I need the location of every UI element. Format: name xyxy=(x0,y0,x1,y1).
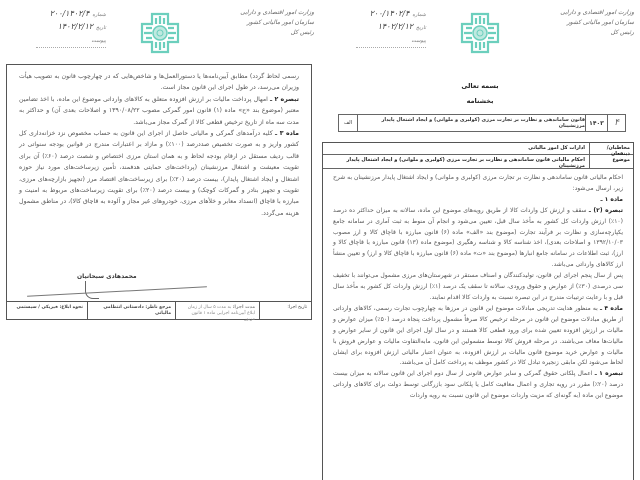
signature-block: محمدهادی سبحانیان xyxy=(27,273,207,303)
validity-cell: مدت اجرا: به مدت ۵ سال از زمان ابلاغ آیی… xyxy=(175,302,259,319)
organization-header: وزارت امور اقتصادی و دارایی سازمان امور … xyxy=(234,8,314,38)
circular-title: قانون ساماندهی و نظارت بر تجارت مرزی (کو… xyxy=(357,115,585,131)
paragraph: ماده ۴ ـ به منظور هدایت تدریجی مبادلات م… xyxy=(333,304,623,369)
number-label: شماره xyxy=(412,12,426,18)
circular-number: ۴ xyxy=(607,115,625,131)
letterhead: وزارت امور اقتصادی و دارایی سازمان امور … xyxy=(0,4,320,56)
org-line-ministry: وزارت امور اقتصادی و دارایی xyxy=(554,8,634,18)
signature-line xyxy=(27,286,207,296)
meta-row-subject: موضوع احکام مالیاتی قانون ساماندهی و نظا… xyxy=(323,155,633,169)
paragraph: احکام مالیاتی قانون ساماندهی و نظارت بر … xyxy=(333,173,623,195)
reference-cell: مرجع ناظر: دادستانی انتظامی مالیاتی xyxy=(87,302,175,319)
footer-table: تاریخ اجرا: مدت اجرا: به مدت ۵ سال از زم… xyxy=(7,301,311,319)
tax-organization-logo-icon xyxy=(140,12,180,54)
circular-year: ۱۴۰۳ xyxy=(585,115,607,131)
meta-row-audience: مخاطبان/ذینفعان ادارات کل امور مالیاتی xyxy=(323,143,633,155)
signature-mark-icon xyxy=(85,281,99,299)
meta-value: احکام مالیاتی قانون ساماندهی و نظارت بر … xyxy=(323,155,589,168)
circular-code: الف xyxy=(339,115,357,131)
org-line-head: رئیس کل xyxy=(234,28,314,38)
paragraph: رسمی لحاظ گردد) مطابق آیین‌نامه‌ها یا دس… xyxy=(19,71,299,94)
paragraph: تبصره ۱ ـ اعمال پلکانی حقوق گمرکی و سایر… xyxy=(333,369,623,402)
document-body-text: رسمی لحاظ گردد) مطابق آیین‌نامه‌ها یا دس… xyxy=(7,65,311,219)
letter-number: ۲۰۰/۱۴۰۲/۴ xyxy=(50,9,90,18)
notice-method-cell: نحوه ابلاغ: فیزیکی / سیستمی xyxy=(7,302,87,319)
letterhead: وزارت امور اقتصادی و دارایی سازمان امور … xyxy=(320,4,640,56)
paragraph: تبصره (۲) ـ سقف و ارزش کل واردات کالا از… xyxy=(333,206,623,271)
meta-key: مخاطبان/ذینفعان xyxy=(589,143,633,154)
organization-header: وزارت امور اقتصادی و دارایی سازمان امور … xyxy=(554,8,634,38)
paragraph: تبصره ۲ ـ امهال پرداخت مالیات بر ارزش اف… xyxy=(19,94,299,128)
left-page: وزارت امور اقتصادی و دارایی سازمان امور … xyxy=(0,0,320,480)
document-body-text: احکام مالیاتی قانون ساماندهی و نظارت بر … xyxy=(323,169,633,402)
document-type-title: بخشنامه xyxy=(320,97,640,105)
letter-reference-block: شماره۲۰۰/۱۴۰۲/۴ تاریخ۱۴۰۲/۲/۱۲ پیوست xyxy=(6,8,106,48)
org-line-agency: سازمان امور مالیاتی کشور xyxy=(234,18,314,28)
signatory-name: محمدهادی سبحانیان xyxy=(77,273,137,280)
document-body-box: مخاطبان/ذینفعان ادارات کل امور مالیاتی م… xyxy=(322,142,634,480)
paragraph: ماده ۱ ـ xyxy=(333,195,623,206)
letter-date: ۱۴۰۲/۲/۱۲ xyxy=(378,22,413,31)
right-page: وزارت امور اقتصادی و دارایی سازمان امور … xyxy=(320,0,640,480)
meta-key: موضوع xyxy=(589,155,633,168)
date-label: تاریخ xyxy=(96,25,106,31)
paragraph: پس از سال پنجم اجرای این قانون، تولیدکنن… xyxy=(333,271,623,304)
letter-number: ۲۰۰/۱۴۰۲/۴ xyxy=(370,9,410,18)
invocation-heading: بسمه تعالی xyxy=(320,82,640,90)
letter-date: ۱۴۰۲/۲/۱۲ xyxy=(58,22,93,31)
paragraph: ماده ۳ ـ کلیه درآمدهای گمرکی و مالیاتی ح… xyxy=(19,128,299,219)
attachment-label: پیوست xyxy=(91,38,106,44)
date-label: تاریخ xyxy=(416,25,426,31)
attachment-label: پیوست xyxy=(411,38,426,44)
letter-reference-block: شماره۲۰۰/۱۴۰۲/۴ تاریخ۱۴۰۲/۲/۱۲ پیوست xyxy=(326,8,426,48)
org-line-agency: سازمان امور مالیاتی کشور xyxy=(554,18,634,28)
document-body-box: رسمی لحاظ گردد) مطابق آیین‌نامه‌ها یا دس… xyxy=(6,64,312,320)
tax-organization-logo-icon xyxy=(460,12,500,54)
number-label: شماره xyxy=(92,12,106,18)
circular-reference-table: ۴ ۱۴۰۳ قانون ساماندهی و نظارت بر تجارت م… xyxy=(338,114,626,132)
execution-date-cell: تاریخ اجرا: xyxy=(259,302,311,319)
org-line-head: رئیس کل xyxy=(554,28,634,38)
org-line-ministry: وزارت امور اقتصادی و دارایی xyxy=(234,8,314,18)
meta-value: ادارات کل امور مالیاتی xyxy=(323,143,589,154)
